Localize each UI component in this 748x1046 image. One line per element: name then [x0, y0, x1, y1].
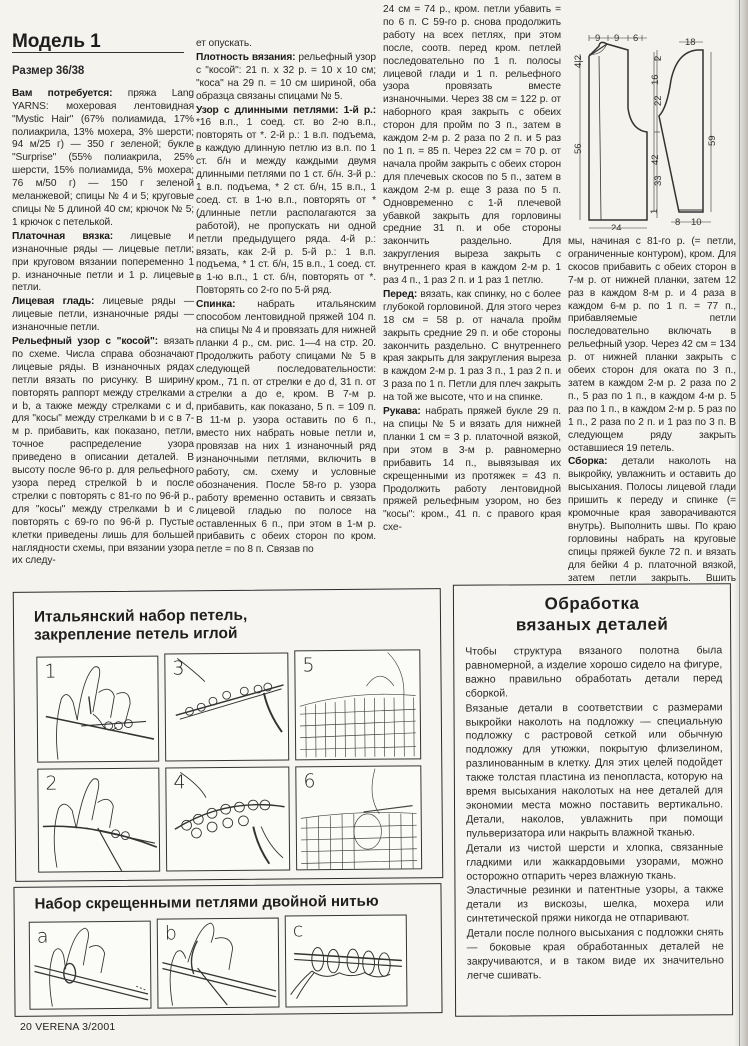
panel-number-4: 4 — [173, 771, 185, 793]
pattern-schematic: 9 9 6 4|2 56 2 22 33 24 18 16 42 1 59 8 … — [567, 30, 735, 230]
column-1: Модель 1 Размер 36/38 Вам потребуется: п… — [12, 36, 194, 569]
panel-number-2: 2 — [45, 772, 57, 794]
pattern-diagram: 9 9 6 4|2 56 2 22 33 24 18 16 42 1 59 8 … — [567, 30, 735, 230]
column-4: мы, начиная с 81-го р. (= петли, огранич… — [568, 236, 736, 613]
garter-paragraph: Платочная вязка: лицевые и изнаночные ря… — [12, 231, 194, 296]
column-3: 24 см = 74 р., кром. петли убавить = по … — [383, 4, 561, 536]
finishing-title: Обработка вязаных деталей — [454, 592, 730, 635]
relief-label: Рельефный узор с "косой": — [12, 336, 158, 347]
dim-top-3: 6 — [633, 33, 638, 44]
dim-right-armhole: 22 — [653, 95, 664, 106]
front-text: вязать, как спинку, но с более глубокой … — [383, 289, 561, 403]
illustration-panel-b: b — [157, 918, 280, 1009]
finishing-paragraph-3: Детали из чистой шерсти и хлопка, связан… — [466, 841, 723, 884]
assembly-label: Сборка: — [568, 456, 607, 467]
gauge-label: Плотность вязания: — [196, 52, 295, 63]
assembly-text: детали наколоть на выкройку, увлажнить и… — [568, 456, 736, 596]
model-title: Модель 1 — [12, 36, 184, 53]
continuation-text: ет опускать. — [196, 38, 376, 51]
longloop-paragraph: Узор с длинными петлями: 1-й р.: *16 в.п… — [196, 105, 376, 299]
dim-sleeve-bottom-1: 8 — [675, 217, 680, 228]
illustration-panel-c: c — [285, 914, 408, 1007]
back-text: набрать итальянским способом лентовидной… — [196, 299, 376, 555]
illustration-panel-2: 2 — [37, 768, 160, 873]
stockinette-label: Лицевая гладь: — [12, 296, 94, 307]
materials-paragraph: Вам потребуется: пряжа Lang YARNS: мохер… — [12, 88, 194, 230]
sleeves-text: набрать пряжей букле 29 п. на спицы № 5 … — [383, 406, 561, 533]
page-gutter-shadow — [734, 0, 748, 1046]
illustration-panel-1: 1 — [36, 656, 159, 763]
dim-sleeve-cap: 16 — [650, 74, 661, 85]
size-heading: Размер 36/38 — [12, 65, 194, 78]
column-2: ет опускать. Плотность вязания: рельефны… — [196, 38, 376, 558]
gauge-paragraph: Плотность вязания: рельефный узор с "кос… — [196, 52, 376, 104]
finishing-paragraph-1: Чтобы структура вязаного полотна была ра… — [465, 644, 722, 701]
illustration-panel-6: 6 — [295, 765, 422, 870]
assembly-paragraph: Сборка: детали наколоть на выкройку, увл… — [568, 456, 736, 598]
dim-sleeve-body: 42 — [650, 154, 661, 165]
relief-text: вязать по схеме. Числа справа обозначают… — [12, 336, 194, 566]
dim-right-top: 2 — [653, 56, 664, 61]
crossed-cast-on-box: Набор скрещенными петлями двойной нитью … — [13, 883, 442, 1017]
sleeves-continuation-text: мы, начиная с 81-го р. (= петли, огранич… — [568, 236, 736, 455]
panel-number-3: 3 — [172, 657, 184, 679]
back-continuation-text: 24 см = 74 р., кром. петли убавить = по … — [383, 4, 561, 288]
dim-top-1: 9 — [595, 33, 600, 44]
italian-cast-on-box: Итальянский набор петель, закрепление пе… — [13, 588, 444, 882]
dim-top-2: 9 — [614, 33, 619, 44]
dim-sleeve-total: 59 — [707, 135, 718, 146]
front-label: Перед: — [383, 289, 417, 300]
longloop-label: Узор с длинными петлями: 1-й р.: — [196, 105, 376, 116]
dim-left-total: 56 — [573, 143, 584, 154]
illustration-panel-5: 5 — [294, 649, 421, 760]
crossed-loops-needle-illustration — [286, 915, 407, 1006]
materials-text: пряжа Lang YARNS: мохеровая лентовидная … — [12, 88, 194, 228]
finishing-title-line-2: вязаных деталей — [454, 613, 730, 635]
panel-number-6: 6 — [303, 770, 315, 792]
italian-cast-on-title: Итальянский набор петель, закрепление пе… — [34, 607, 248, 645]
stockinette-paragraph: Лицевая гладь: лицевые ряды — лицевые пе… — [12, 296, 194, 335]
longloop-text: *16 в.п., 1 соед. ст. во 2-ю в.п., повто… — [196, 117, 376, 296]
panel-letter-c: c — [293, 919, 304, 941]
dim-left-top: 4|2 — [573, 55, 584, 68]
back-paragraph: Спинка: набрать итальянским способом лен… — [196, 299, 376, 557]
italian-title-line-1: Итальянский набор петель, — [34, 607, 248, 627]
page-edge-line — [739, 0, 740, 1046]
panel-number-5: 5 — [302, 654, 314, 676]
finishing-paragraph-5: Детали после полного высыхания с подложк… — [467, 926, 724, 983]
finishing-title-line-1: Обработка — [454, 592, 730, 614]
relief-paragraph: Рельефный узор с "косой": вязать по схем… — [12, 336, 194, 568]
crossed-cast-on-title: Набор скрещенными петлями двойной нитью — [35, 893, 379, 914]
garter-label: Платочная вязка: — [12, 231, 113, 242]
panel-letter-a: a — [37, 926, 49, 948]
illustration-panel-4: 4 — [165, 766, 290, 871]
finishing-box: Обработка вязаных деталей Чтобы структур… — [453, 583, 733, 1016]
page-footer: 20 VERENA 3/2001 — [20, 1021, 115, 1033]
panel-letter-b: b — [165, 922, 177, 944]
dim-sleeve-top: 18 — [685, 37, 696, 48]
finishing-paragraph-2: Вязаные детали в соответствии с размерам… — [465, 701, 723, 841]
italian-title-line-2: закрепление петель иглой — [34, 625, 248, 645]
back-label: Спинка: — [196, 299, 235, 310]
dim-sleeve-cuff: 1 — [649, 209, 660, 214]
front-paragraph: Перед: вязать, как спинку, но с более гл… — [383, 289, 561, 405]
illustration-panel-3: 3 — [164, 652, 289, 761]
panel-number-1: 1 — [44, 660, 56, 682]
illustration-panel-a: a — [29, 921, 152, 1010]
finishing-body: Чтобы структура вязаного полотна была ра… — [454, 634, 732, 983]
dim-sleeve-bottom-2: 10 — [691, 217, 702, 228]
sleeves-paragraph: Рукава: набрать пряжей букле 29 п. на сп… — [383, 406, 561, 535]
dim-right-bottom: 33 — [653, 175, 664, 186]
dim-bottom-width: 24 — [611, 223, 622, 230]
sleeves-label: Рукава: — [383, 406, 421, 417]
finishing-paragraph-4: Эластичные резинки и патентные узоры, а … — [466, 884, 723, 927]
materials-label: Вам потребуется: — [12, 88, 112, 99]
